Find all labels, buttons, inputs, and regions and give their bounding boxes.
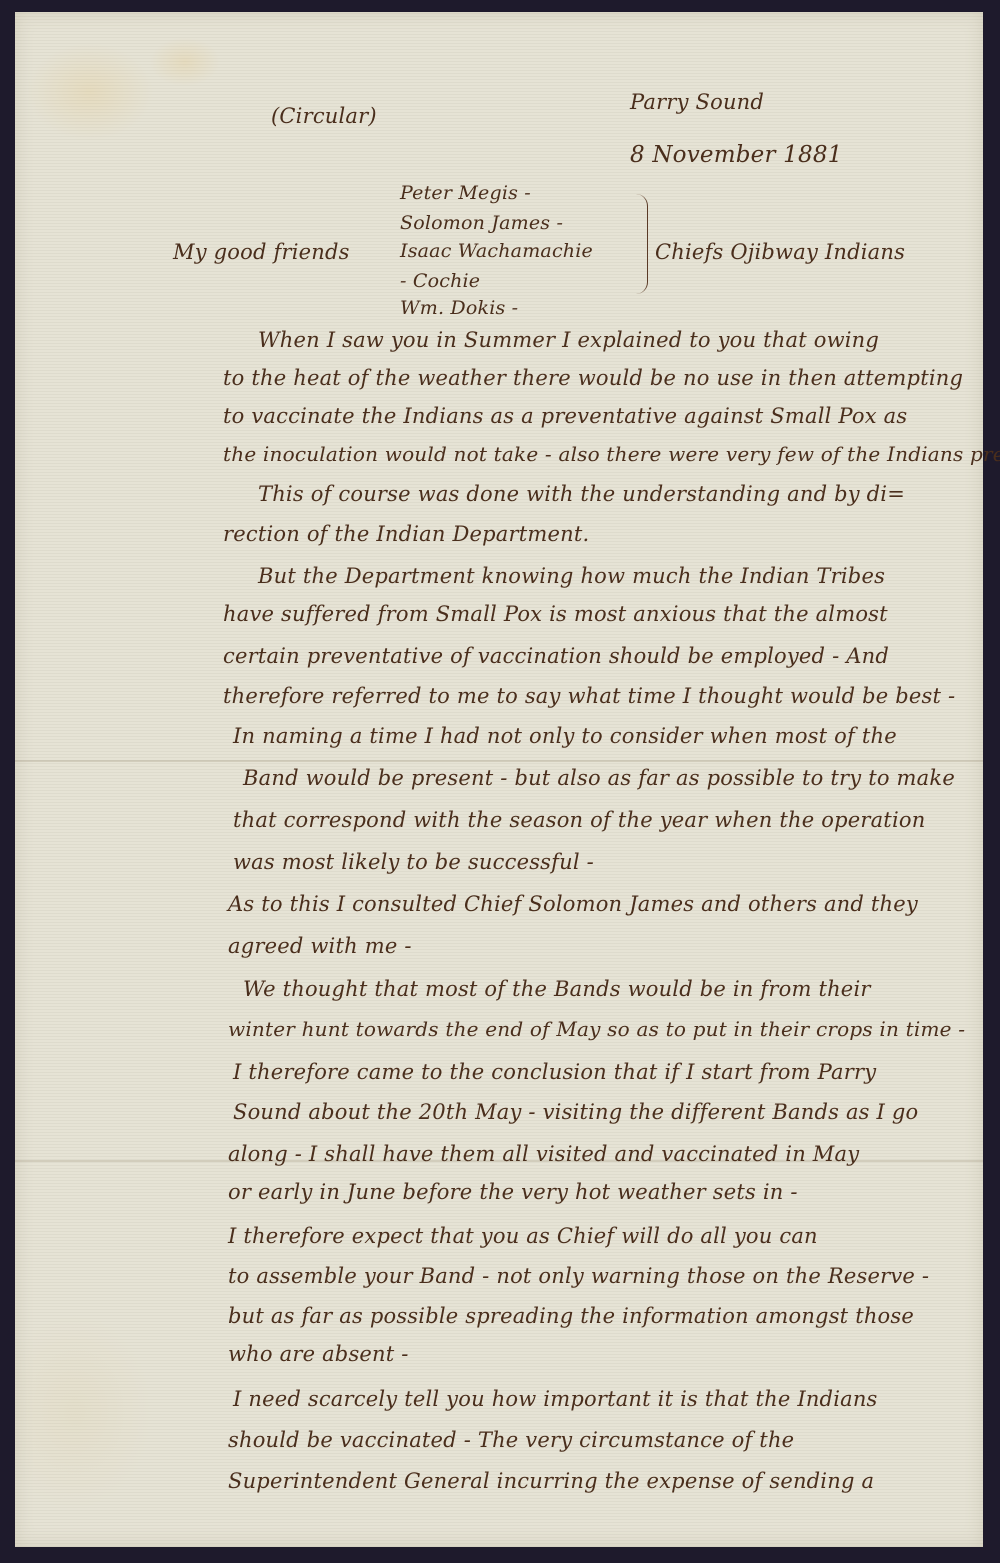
body-line: who are absent - xyxy=(228,1342,409,1366)
body-line: winter hunt towards the end of May so as… xyxy=(228,1017,965,1041)
body-line: We thought that most of the Bands would … xyxy=(243,977,871,1001)
body-line: certain preventative of vaccination shou… xyxy=(223,644,889,668)
body-line: agreed with me - xyxy=(228,934,412,958)
page-fold-line xyxy=(15,760,983,762)
body-line: therefore referred to me to say what tim… xyxy=(223,684,955,708)
body-line: rection of the Indian Department. xyxy=(223,522,589,546)
recipient-name: Wm. Dokis - xyxy=(400,297,518,319)
body-line: have suffered from Small Pox is most anx… xyxy=(223,602,888,626)
bracket-brace xyxy=(633,194,648,294)
body-line: But the Department knowing how much the … xyxy=(258,564,885,588)
body-line: but as far as possible spreading the inf… xyxy=(228,1304,914,1328)
body-line: Band would be present - but also as far … xyxy=(243,766,955,790)
body-line: should be vaccinated - The very circumst… xyxy=(228,1428,794,1452)
body-line: to assemble your Band - not only warning… xyxy=(228,1264,929,1288)
body-line: to vaccinate the Indians as a preventati… xyxy=(223,404,907,428)
body-line: to the heat of the weather there would b… xyxy=(223,366,963,390)
recipient-name: Peter Megis - xyxy=(400,182,531,204)
body-line: In naming a time I had not only to consi… xyxy=(233,724,897,748)
recipient-name: Isaac Wachamachie xyxy=(400,240,593,262)
body-line: or early in June before the very hot wea… xyxy=(228,1180,798,1204)
body-line: along - I shall have them all visited an… xyxy=(228,1142,859,1166)
body-line: Superintendent General incurring the exp… xyxy=(228,1469,874,1493)
body-line: the inoculation would not take - also th… xyxy=(223,442,1000,466)
body-line: When I saw you in Summer I explained to … xyxy=(258,328,879,352)
recipients-designation: Chiefs Ojibway Indians xyxy=(655,240,905,264)
body-line: Sound about the 20th May - visiting the … xyxy=(233,1100,918,1124)
body-line: I therefore expect that you as Chief wil… xyxy=(228,1224,818,1248)
recipient-name: - Cochie xyxy=(400,270,480,292)
body-line: This of course was done with the underst… xyxy=(258,482,905,506)
circular-label: (Circular) xyxy=(271,104,377,128)
greeting: My good friends xyxy=(173,240,350,264)
body-line: that correspond with the season of the y… xyxy=(233,808,925,832)
body-line: I therefore came to the conclusion that … xyxy=(233,1060,876,1084)
body-line: I need scarcely tell you how important i… xyxy=(233,1387,878,1411)
letter-page: (Circular) Parry Sound 8 November 1881 P… xyxy=(15,12,983,1547)
body-line: As to this I consulted Chief Solomon Jam… xyxy=(228,892,918,916)
place-line: Parry Sound xyxy=(630,90,764,114)
date-line: 8 November 1881 xyxy=(630,142,843,168)
recipient-name: Solomon James - xyxy=(400,212,563,234)
body-line: was most likely to be successful - xyxy=(233,850,594,874)
